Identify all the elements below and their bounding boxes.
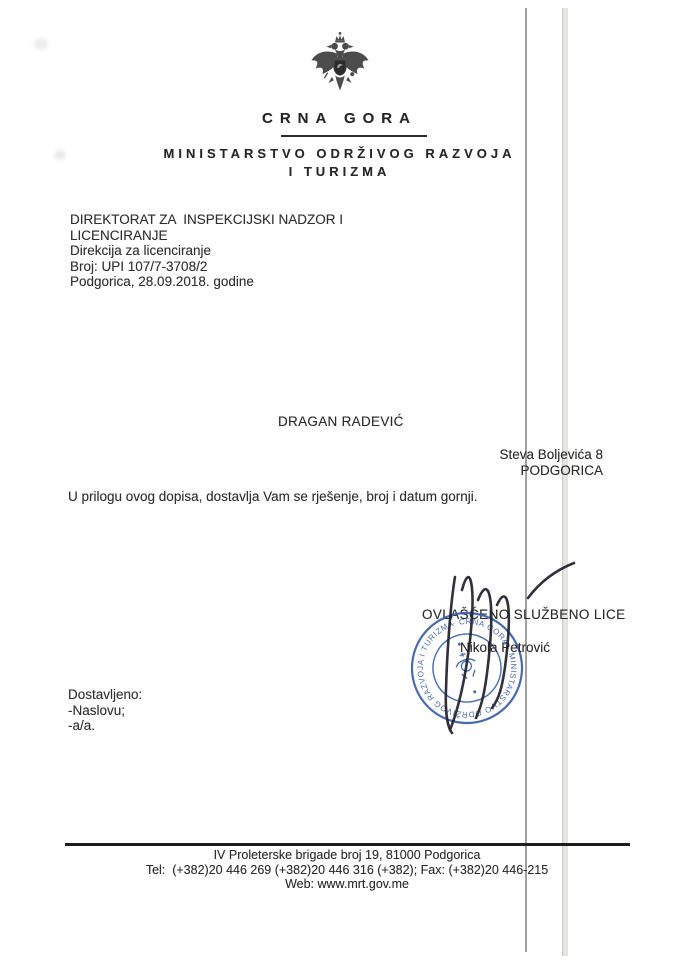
footer-phone: Tel: (+382)20 446 269 (+382)20 446 316 (… [40, 863, 654, 878]
country-title: CRNA GORA [0, 110, 679, 127]
distribution-block: Dostavljeno: -Naslovu; -a/a. [68, 687, 142, 734]
recipient-name: DRAGAN RADEVIĆ [278, 414, 404, 429]
ministry-name-line2: I TURIZMA [0, 164, 679, 179]
recipient-address: Steva Boljevića 8 PODGORICA [499, 447, 603, 479]
scanned-letter-page: CRNA GORA MINISTARSTVO ODRŽIVOG RAZVOJA … [0, 0, 679, 960]
recipient-street: Steva Boljevića 8 [499, 447, 603, 463]
scan-smudge [34, 38, 48, 50]
header-divider [281, 135, 427, 137]
footer-block: IV Proleterske brigade broj 19, 81000 Po… [40, 848, 654, 892]
body-paragraph: U prilogu ovog dopisa, dostavlja Vam se … [68, 489, 477, 504]
recipient-city: PODGORICA [499, 463, 603, 479]
ministry-name-line1: MINISTARSTVO ODRŽIVOG RAZVOJA [0, 146, 679, 161]
department: Direkcija za licenciranje [70, 243, 343, 259]
footer-web: Web: www.mrt.gov.me [40, 877, 654, 892]
handwritten-signature [418, 548, 593, 748]
montenegro-coat-of-arms-icon [306, 30, 374, 106]
sender-block: DIREKTORAT ZA INSPEKCIJSKI NADZOR I LICE… [70, 212, 343, 290]
directorate-line2: LICENCIRANJE [70, 228, 343, 244]
footer-address: IV Proleterske brigade broj 19, 81000 Po… [40, 848, 654, 863]
reference-number: Broj: UPI 107/7-3708/2 [70, 259, 343, 275]
place-date: Podgorica, 28.09.2018. godine [70, 274, 343, 290]
distribution-label: Dostavljeno: [68, 687, 142, 703]
distribution-item: -a/a. [68, 718, 142, 734]
directorate-line1: DIREKTORAT ZA INSPEKCIJSKI NADZOR I [70, 212, 343, 228]
distribution-item: -Naslovu; [68, 703, 142, 719]
footer-divider [65, 843, 630, 846]
